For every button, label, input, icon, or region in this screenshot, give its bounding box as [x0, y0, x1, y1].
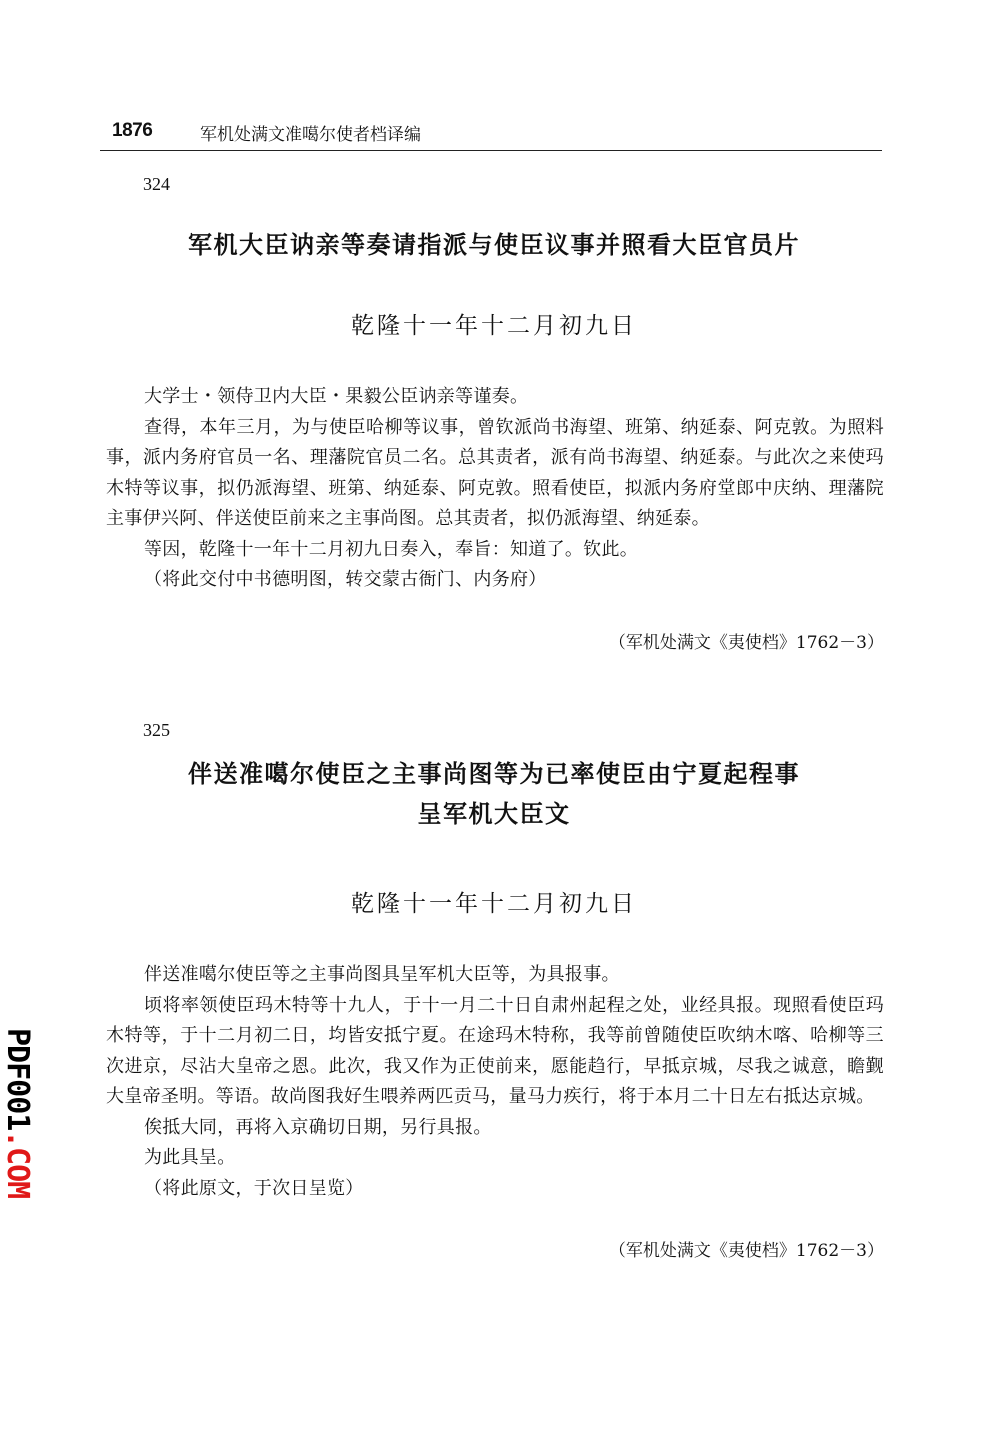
page-number: 1876 — [112, 120, 152, 142]
document-body: 大学士・领侍卫内大臣・果毅公臣讷亲等谨奏。 查得，本年三月，为与使臣哈柳等议事，… — [106, 382, 884, 596]
document-body: 伴送准噶尔使臣等之主事尚图具呈军机大臣等，为具报事。 顷将率领使臣玛木特等十九人… — [106, 960, 884, 1204]
annotation-note: （将此原文，于次日呈览） — [106, 1174, 884, 1205]
paragraph: 大学士・领侍卫内大臣・果毅公臣讷亲等谨奏。 — [106, 382, 884, 413]
paragraph: 等因，乾隆十一年十二月初九日奏入，奉旨：知道了。钦此。 — [106, 535, 884, 566]
paragraph: 为此具呈。 — [106, 1143, 884, 1174]
header-rule — [100, 150, 882, 151]
document-title: 军机大臣讷亲等奏请指派与使臣议事并照看大臣官员片 — [104, 225, 884, 265]
document-title-line: 呈军机大臣文 — [104, 794, 884, 834]
document-number: 325 — [143, 720, 170, 741]
document-date: 乾隆十一年十二月初九日 — [104, 885, 884, 918]
running-header: 1876 军机处满文准噶尔使者档译编 — [104, 118, 882, 148]
paragraph: 顷将率领使臣玛木特等十九人，于十一月二十日自肃州起程之处，业经具报。现照看使臣玛… — [106, 991, 884, 1113]
paragraph: 俟抵大同，再将入京确切日期，另行具报。 — [106, 1113, 884, 1144]
document-title-line: 军机大臣讷亲等奏请指派与使臣议事并照看大臣官员片 — [104, 225, 884, 265]
source-citation: （军机处满文《夷使档》1762－3） — [609, 628, 884, 653]
document-title-line: 伴送准噶尔使臣之主事尚图等为已率使臣由宁夏起程事 — [104, 754, 884, 794]
watermark-domain: .COM — [2, 1130, 32, 1198]
watermark: PDF001 .COM — [2, 1028, 32, 1218]
document-date: 乾隆十一年十二月初九日 — [104, 307, 884, 340]
document-number: 324 — [143, 174, 170, 195]
document-title: 伴送准噶尔使臣之主事尚图等为已率使臣由宁夏起程事 呈军机大臣文 — [104, 754, 884, 834]
paragraph: 伴送准噶尔使臣等之主事尚图具呈军机大臣等，为具报事。 — [106, 960, 884, 991]
annotation-note: （将此交付中书德明图，转交蒙古衙门、内务府） — [106, 565, 884, 596]
watermark-text: PDF001 — [2, 1028, 32, 1130]
book-title: 军机处满文准噶尔使者档译编 — [200, 120, 421, 145]
paragraph: 查得，本年三月，为与使臣哈柳等议事，曾钦派尚书海望、班第、纳延泰、阿克敦。为照料… — [106, 413, 884, 535]
source-citation: （军机处满文《夷使档》1762－3） — [609, 1236, 884, 1261]
document-page: 1876 军机处满文准噶尔使者档译编 324 军机大臣讷亲等奏请指派与使臣议事并… — [0, 0, 1000, 1442]
